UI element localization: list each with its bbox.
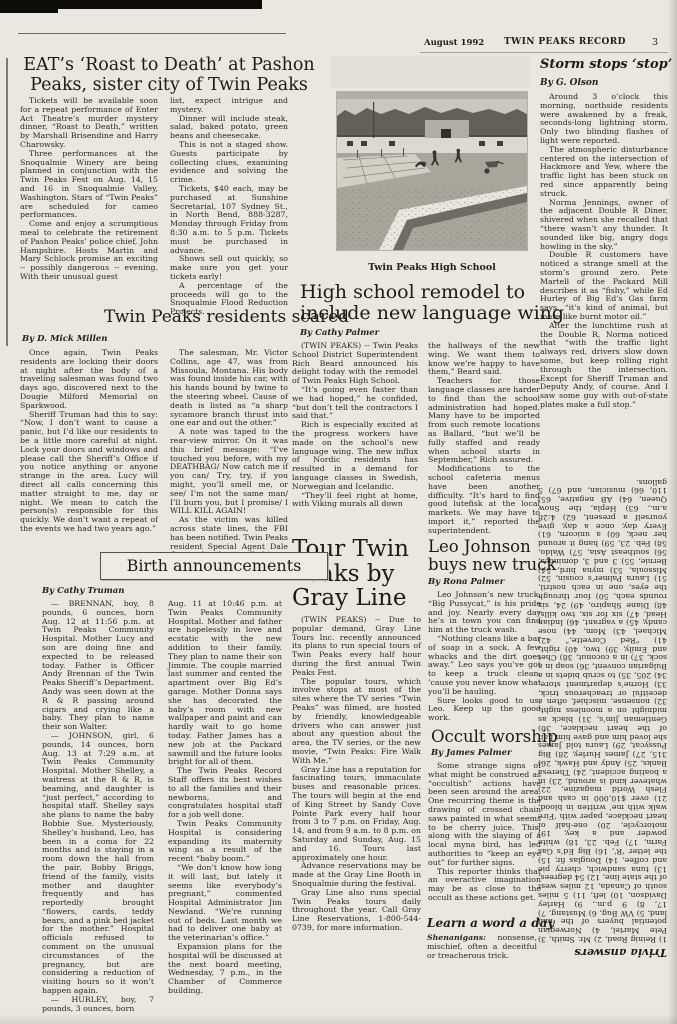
paragraph: Sheriff Truman had this to say: “Now, I … (20, 411, 158, 534)
eats-headline: EAT’s ‘Roast to Death’ at Pashon Peaks, … (16, 55, 322, 95)
paragraph: The salesman, Mr. Victor Collins, age 47… (170, 349, 288, 428)
eats-headline-line2: Peaks, sister city of Twin Peaks (16, 75, 322, 95)
word-a-day-entry: Shenanigans: nonsense, mischief, often a… (427, 934, 537, 960)
scan-smudge (330, 56, 530, 88)
paragraph: — HURLEY, boy, 7 pounds, 3 ounces, born (42, 996, 154, 1014)
eats-column-2: list, expect intrigue and mystery.Dinner… (170, 97, 288, 317)
paragraph: — BRENNAN, boy, 8 pounds, 6 ounces, born… (42, 600, 154, 732)
occult-byline: By James Palmer (431, 748, 512, 758)
masthead-title: TWIN PEAKS RECORD (504, 37, 626, 47)
paragraph: (TWIN PEAKS) -- Due to popular demand, G… (292, 616, 421, 678)
births-headline-box: Birth announcements (100, 552, 328, 580)
paragraph: “Nothing cleans like a bar of soap in a … (428, 635, 541, 697)
paragraph: After the lunchtime rush at the Double R… (540, 322, 668, 410)
paragraph: The Twin Peaks Record Staff offers its b… (168, 767, 282, 820)
paragraph: The atmospheric disturbance centered on … (540, 146, 668, 199)
paragraph: A note was taped to the rear-view mirror… (170, 428, 288, 516)
high-school-headline-line2: include new language wing (300, 303, 564, 324)
storm-headline: Storm stops ‘stop’ (540, 57, 672, 72)
tour-headline-line3: Gray Line (292, 586, 409, 611)
high-school-headline-line1: High school remodel to (300, 282, 564, 303)
scan-left-edge-line (6, 58, 8, 346)
high-school-byline: By Cathy Palmer (300, 328, 379, 338)
eats-headline-line1: EAT’s ‘Roast to Death’ at Pashon (16, 55, 322, 75)
paragraph: Sure looks good to us, Leo. Keep up the … (428, 697, 541, 723)
trivia-answers-rotated: Trivia answers 1) Reinig Road, 2) Mr. Sm… (538, 477, 667, 960)
paragraph: the hallways of the new wing. We want th… (428, 342, 540, 377)
residents-column-1: Once again, Twin Peaks residents are loc… (20, 349, 158, 569)
high-school-body: (TWIN PEAKS) -- Twin Peaks School Distri… (292, 342, 540, 536)
paragraph: Modifications to the school cafeteria me… (428, 465, 540, 535)
scan-black-nub (0, 9, 58, 13)
births-body: — BRENNAN, boy, 8 pounds, 6 ounces, born… (42, 600, 282, 1013)
paragraph: Gray Line has a reputation for fascinati… (292, 766, 421, 863)
paragraph: Gray Line also runs special Twin Peaks t… (292, 889, 421, 933)
births-byline: By Cathy Truman (42, 586, 124, 596)
trivia-text: 1) Reinig Road, 2) Mr. Smith, 3) Pete Ma… (538, 477, 667, 943)
paragraph: Leo Johnson’s new truck, “Big Pussycat,”… (428, 591, 541, 635)
paragraph: list, expect intrigue and mystery. (170, 97, 288, 115)
high-school-headline: High school remodel to include new langu… (300, 282, 564, 324)
paragraph: Expansion plans for the hospital will be… (168, 943, 282, 996)
eats-body: Tickets will be available soon for a rep… (20, 97, 288, 317)
paragraph: Tickets will be available soon for a rep… (20, 97, 158, 150)
paragraph: Teachers for those language classes are … (428, 377, 540, 465)
paragraph: “They’ll feel right at home, with Viking… (292, 492, 418, 510)
masthead-rule (420, 52, 668, 53)
leo-body: Leo Johnson’s new truck, “Big Pussycat,”… (428, 591, 541, 723)
eats-column-1: Tickets will be available soon for a rep… (20, 97, 158, 317)
paragraph: Rich is especially excited at the progre… (292, 421, 418, 491)
paragraph: Tickets, $40 each, may be purchased at S… (170, 185, 288, 255)
paragraph: Shows sell out quickly, so make sure you… (170, 255, 288, 281)
paragraph: Norma Jennings, owner of the adjacent Do… (540, 199, 668, 252)
paragraph: This reporter thinks that an overactive … (428, 868, 541, 903)
tour-body: (TWIN PEAKS) -- Due to popular demand, G… (292, 616, 421, 933)
photo-caption: Twin Peaks High School (337, 262, 527, 273)
leo-byline: By Rona Palmer (428, 577, 504, 587)
paragraph: Some strange signs of what might be cons… (428, 762, 541, 868)
residents-scared-byline: By D. Mick Millen (22, 334, 107, 344)
paragraph: This is not a staged show. Guests partic… (170, 141, 288, 185)
paragraph: Double R customers have noticed a strang… (540, 251, 668, 321)
births-column-2: Aug. 11 at 10:46 p.m. at Twin Peaks Comm… (168, 600, 282, 1013)
paragraph: Twin Peaks Community Hospital is conside… (168, 820, 282, 864)
residents-column-2: The salesman, Mr. Victor Collins, age 47… (170, 349, 288, 569)
paragraph: — JOHNSON, girl, 6 pounds, 14 ounces, bo… (42, 732, 154, 996)
paragraph: Once again, Twin Peaks residents are loc… (20, 349, 158, 411)
residents-scared-body: Once again, Twin Peaks residents are loc… (20, 349, 288, 569)
word-a-day-headline: Learn a word a day (427, 916, 554, 930)
births-column-1: — BRENNAN, boy, 8 pounds, 6 ounces, born… (42, 600, 154, 1013)
high-school-column-2: the hallways of the new wing. We want th… (428, 342, 540, 536)
scan-edge-shadow (668, 0, 677, 1024)
occult-body: Some strange signs of what might be cons… (428, 762, 541, 903)
scan-edge-shadow (0, 1014, 677, 1024)
paragraph: Advance reservations may be made at the … (292, 862, 421, 888)
top-left-rule (18, 33, 286, 34)
storm-byline: By G. Olson (540, 78, 598, 88)
trivia-headline: Trivia answers (538, 946, 667, 960)
newspaper-page: August 1992 TWIN PEAKS RECORD 3 EAT’s ‘R… (0, 0, 677, 1024)
paragraph: The popular tours, which involve stops a… (292, 678, 421, 766)
paragraph: Aug. 11 at 10:46 p.m. at Twin Peaks Comm… (168, 600, 282, 767)
construction-scene-illustration (337, 92, 527, 250)
paragraph: “We don’t know how long it will last, bu… (168, 864, 282, 943)
masthead-page-number: 3 (652, 37, 658, 48)
word-a-day-term: Shenanigans: (427, 933, 486, 942)
high-school-column-1: (TWIN PEAKS) -- Twin Peaks School Distri… (292, 342, 418, 536)
paragraph: Around 3 o’clock this morning, northside… (540, 93, 668, 146)
paragraph: Three performances at the Snoqualmie Win… (20, 150, 158, 220)
scan-black-bar (0, 0, 262, 9)
paragraph: Come and enjoy a scrumptious meal to cel… (20, 220, 158, 282)
storm-body: Around 3 o’clock this morning, northside… (540, 93, 668, 410)
paragraph: “It’s going even faster than we had hope… (292, 386, 418, 421)
paragraph: (TWIN PEAKS) -- Twin Peaks School Distri… (292, 342, 418, 386)
high-school-construction-photo (337, 92, 527, 250)
masthead-date: August 1992 (424, 38, 484, 48)
paragraph: Dinner will include steak, salad, baked … (170, 115, 288, 141)
